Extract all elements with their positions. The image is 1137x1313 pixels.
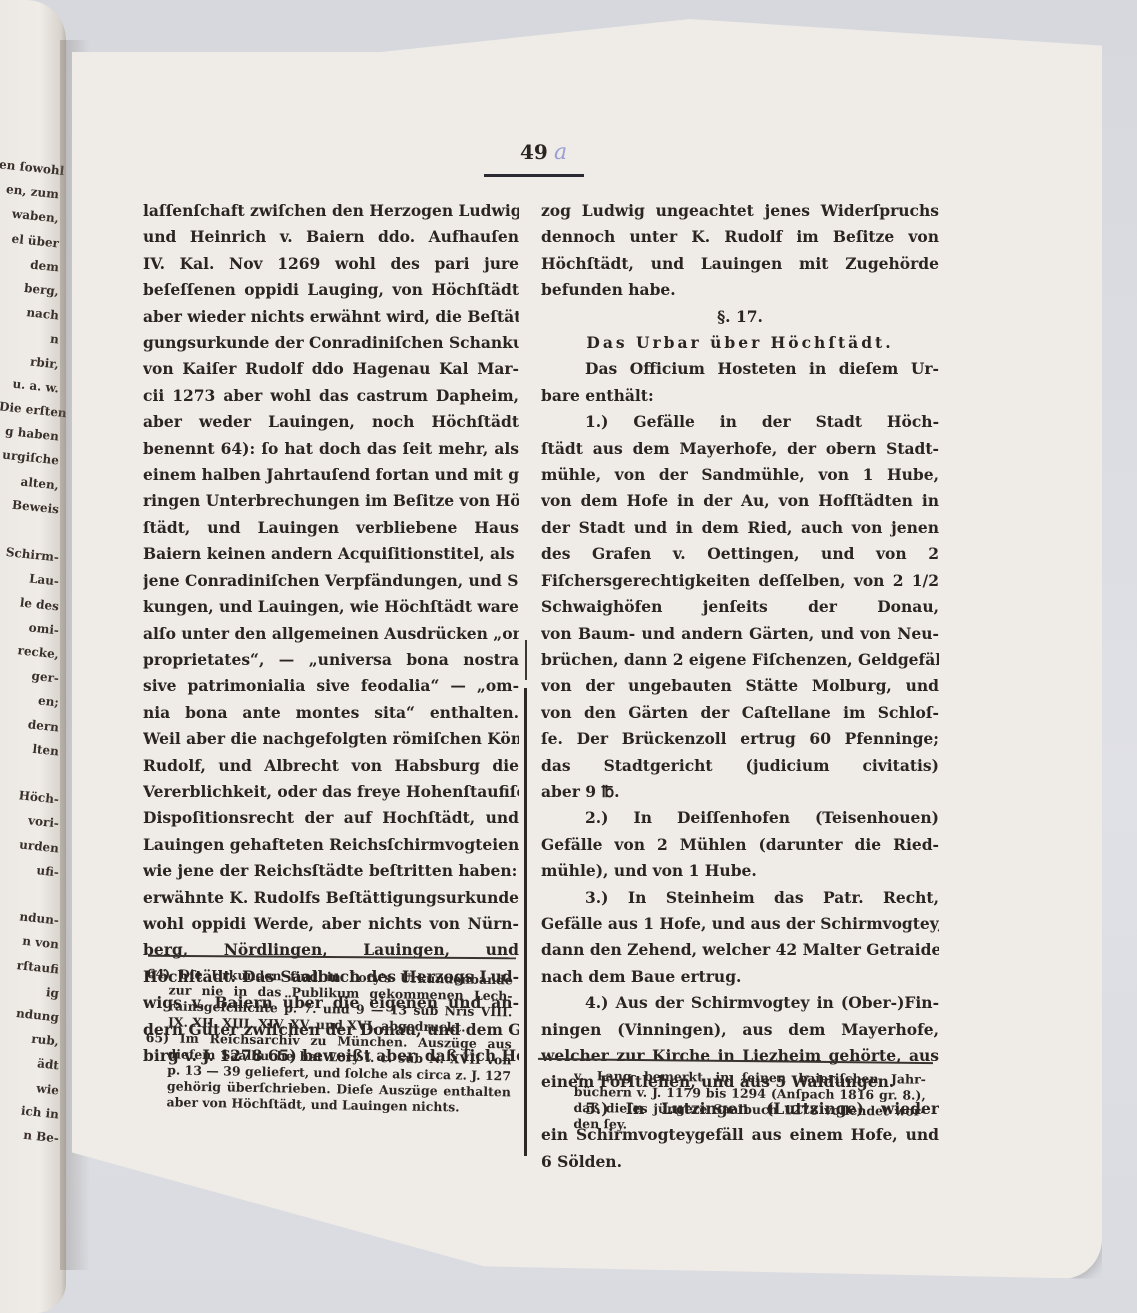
body-line: cii 1273 aber wohl das castrum Dapheim, <box>143 383 519 409</box>
item-line: 1.) Gefälle in der Stadt Höch- <box>541 409 939 435</box>
item-line: welcher zur Kirche in Liezheim gehörte, … <box>541 1043 939 1069</box>
facing-page-fragment: urden <box>0 831 64 860</box>
facing-page-fragment: n von <box>0 928 64 957</box>
right-footnote-text: v. Lang bemerkt in ſeinen baieriſchen Ja… <box>573 1068 926 1136</box>
urbar-item: 2.) In Deiſſenhofen (Teisenhouen)Gefälle… <box>541 805 939 884</box>
footnote-65: 65) Im Reichsarchiv zu München. Auszüge … <box>144 1030 511 1116</box>
item-line: von Baum- und andern Gärten, und von Neu… <box>541 621 939 647</box>
body-line: ſtädt, und Lauingen verbliebene Haus <box>143 515 519 541</box>
urbar-item: 3.) In Steinheim das Patr. Recht,Gefälle… <box>541 885 939 991</box>
facing-page-fragment: dern <box>0 710 64 739</box>
facing-page-fragment: el über <box>0 226 64 255</box>
facing-page-edge: en ſowohlen, zumwaben,el überdemberg,nac… <box>0 0 66 1313</box>
body-line: erwähnte K. Rudolfs Beſtättigungsurkunde <box>143 885 519 911</box>
facing-page-fragment: wie <box>0 1073 64 1102</box>
right-column-body-start: zog Ludwig ungeachtet jenes Widerſpruchs… <box>541 198 939 304</box>
body-line: Rudolf, und Albrecht von Habsburg die <box>143 753 519 779</box>
item-line: Gefälle aus 1 Hofe, und aus der Schirmvo… <box>541 911 939 937</box>
section-intro: Das Officium Hosteten in dieſem Ur-bare … <box>541 356 939 409</box>
intro-line: bare enthält: <box>541 383 939 409</box>
body-line: ringen Unterbrechungen im Beſitze von Hö… <box>143 488 519 514</box>
body-line: laſſenſchaft zwiſchen den Herzogen Ludwi… <box>143 198 519 224</box>
item-line: ſtädt aus dem Mayerhofe, der obern Stadt… <box>541 436 939 462</box>
footnote-64: 64) Die Urkunden ſind in Lory's Urkunden… <box>146 966 513 1036</box>
column-divider <box>524 688 527 1156</box>
section-number: §. 17. <box>541 304 939 330</box>
urbar-item: 1.) Gefälle in der Stadt Höch-ſtädt aus … <box>541 409 939 805</box>
item-line: aber 9 ℔. <box>541 779 939 805</box>
left-footnotes: 64) Die Urkunden ſind in Lory's Urkunden… <box>144 966 512 1116</box>
section-title: Das Urbar über Höchſtädt. <box>541 330 939 356</box>
facing-page-fragment: ufi- <box>0 855 64 884</box>
body-line: jene Conradiniſchen Verpfändungen, und S… <box>143 568 519 594</box>
facing-page-fragment: n <box>0 323 64 352</box>
facing-page-fragment: Lau- <box>0 565 64 594</box>
body-line: proprietates“, — „universa bona nostra <box>143 647 519 673</box>
facing-page-fragment: en; <box>0 686 64 715</box>
column-divider-upper <box>525 640 527 680</box>
item-line: mühle, von der Sandmühle, von 1 Hube, <box>541 462 939 488</box>
handwritten-page-mark: a <box>554 140 567 165</box>
item-line: von dem Hofe in der Au, von Hofſtädten i… <box>541 488 939 514</box>
body-line: wohl oppidi Werde, aber nichts von Nürn- <box>143 911 519 937</box>
page-header: 49 a <box>484 140 584 180</box>
body-line: IV. Kal. Nov 1269 wohl des pari jure <box>143 251 519 277</box>
item-line: von den Gärten der Caſtellane im Schloſ- <box>541 700 939 726</box>
item-line: von der ungebauten Stätte Molburg, und <box>541 673 939 699</box>
facing-page-fragment: le des <box>0 589 64 618</box>
body-line: gungsurkunde der Conradiniſchen Schankun… <box>143 330 519 356</box>
item-line: 4.) Aus der Schirmvogtey in (Ober-)Fin- <box>541 990 939 1016</box>
body-line: benennt 64): ſo hat doch das ſeit mehr, … <box>143 436 519 462</box>
body-line: Baiern keinen andern Acquiſitionstitel, … <box>143 541 519 567</box>
left-column-text: laſſenſchaft zwiſchen den Herzogen Ludwi… <box>143 198 519 1069</box>
item-line: Schwaighöfen jenſeits der Donau, <box>541 594 939 620</box>
facing-page-fragment: vori- <box>0 807 64 836</box>
body-line: sive patrimonialia sive feodalia“ — „om- <box>143 673 519 699</box>
right-footnote: v. Lang bemerkt in ſeinen baieriſchen Ja… <box>573 1068 926 1136</box>
item-line: ſe. Der Brückenzoll ertrug 60 Pfenninge; <box>541 726 939 752</box>
body-line: berg, Nördlingen, Lauingen, und <box>143 937 519 963</box>
body-line: Dispoſitionsrecht der auf Hochſtädt, und <box>143 805 519 831</box>
body-line: beſeſſenen oppidi Lauging, von Höchſtädt <box>143 277 519 303</box>
item-line: dann den Zehend, welcher 42 Malter Getra… <box>541 937 939 963</box>
body-line: alſo unter den allgemeinen Ausdrücken „o… <box>143 621 519 647</box>
body-line: Vererblichkeit, oder das freye Hohenſtau… <box>143 779 519 805</box>
left-column: laſſenſchaft zwiſchen den Herzogen Ludwi… <box>143 198 519 1069</box>
body-line: aber weder Lauingen, noch Höchſtädt <box>143 409 519 435</box>
body-line: aber wieder nichts erwähnt wird, die Beſ… <box>143 304 519 330</box>
body-line: einem halben Jahrtauſend fortan und mit … <box>143 462 519 488</box>
item-line: das Stadtgericht (judicium civitatis) <box>541 753 939 779</box>
page-number: 49 <box>520 140 548 164</box>
facing-page-fragment: alten, <box>0 468 64 497</box>
facing-page-fragment: rſtaufi <box>0 952 64 981</box>
item-line: ningen (Vinningen), aus dem Mayerhofe, <box>541 1017 939 1043</box>
body-line: dennoch unter K. Rudolf im Beſitze von <box>541 224 939 250</box>
facing-page-fragment: urgiſche <box>0 444 64 473</box>
item-line: Fiſchersgerechtigkeiten deſſelben, von 2… <box>541 568 939 594</box>
body-line: und Heinrich v. Baiern ddo. Aufhauſen <box>143 224 519 250</box>
body-line: Lauingen gehafteten Reichsſchirmvogteien… <box>143 832 519 858</box>
facing-page-fragment: ädt <box>0 1049 64 1078</box>
body-line: nia bona ante montes sita“ enthalten. <box>143 700 519 726</box>
item-line: 3.) In Steinheim das Patr. Recht, <box>541 885 939 911</box>
body-line: kungen, und Lauingen, wie Höchſtädt ware… <box>143 594 519 620</box>
item-line: 2.) In Deiſſenhofen (Teisenhouen) <box>541 805 939 831</box>
item-line: 6 Sölden. <box>541 1149 939 1175</box>
body-line: Höchſtädt, und Lauingen mit Zugehörde <box>541 251 939 277</box>
item-line: nach dem Baue ertrug. <box>541 964 939 990</box>
intro-line: Das Officium Hosteten in dieſem Ur- <box>541 356 939 382</box>
left-footnote-text: 64) Die Urkunden ſind in Lory's Urkunden… <box>144 966 512 1116</box>
right-column: zog Ludwig ungeachtet jenes Widerſpruchs… <box>541 198 939 1175</box>
facing-page-fragment: waben, <box>0 202 64 231</box>
facing-page-fragment: lten <box>0 734 64 763</box>
header-rule <box>484 174 584 177</box>
item-line: Gefälle von 2 Mühlen (darunter die Ried- <box>541 832 939 858</box>
item-line: der Stadt und in dem Ried, auch von jene… <box>541 515 939 541</box>
item-line: des Grafen v. Oettingen, und von 2 <box>541 541 939 567</box>
item-line: brüchen, dann 2 eigene Fiſchenzen, Geldg… <box>541 647 939 673</box>
body-line: befunden habe. <box>541 277 939 303</box>
facing-page-fragment: Beweis <box>0 492 64 521</box>
body-line: von Kaiſer Rudolf ddo Hagenau Kal Mar- <box>143 356 519 382</box>
facing-page-fragment: rbir, <box>0 347 64 376</box>
body-line: zog Ludwig ungeachtet jenes Widerſpruchs <box>541 198 939 224</box>
body-line: wie jene der Reichsſtädte beſtritten hab… <box>143 858 519 884</box>
facing-page-fragment: n Be- <box>0 1121 64 1150</box>
item-line: mühle), und von 1 Hube. <box>541 858 939 884</box>
body-line: Weil aber die nachgefolgten römiſchen Kö… <box>143 726 519 752</box>
